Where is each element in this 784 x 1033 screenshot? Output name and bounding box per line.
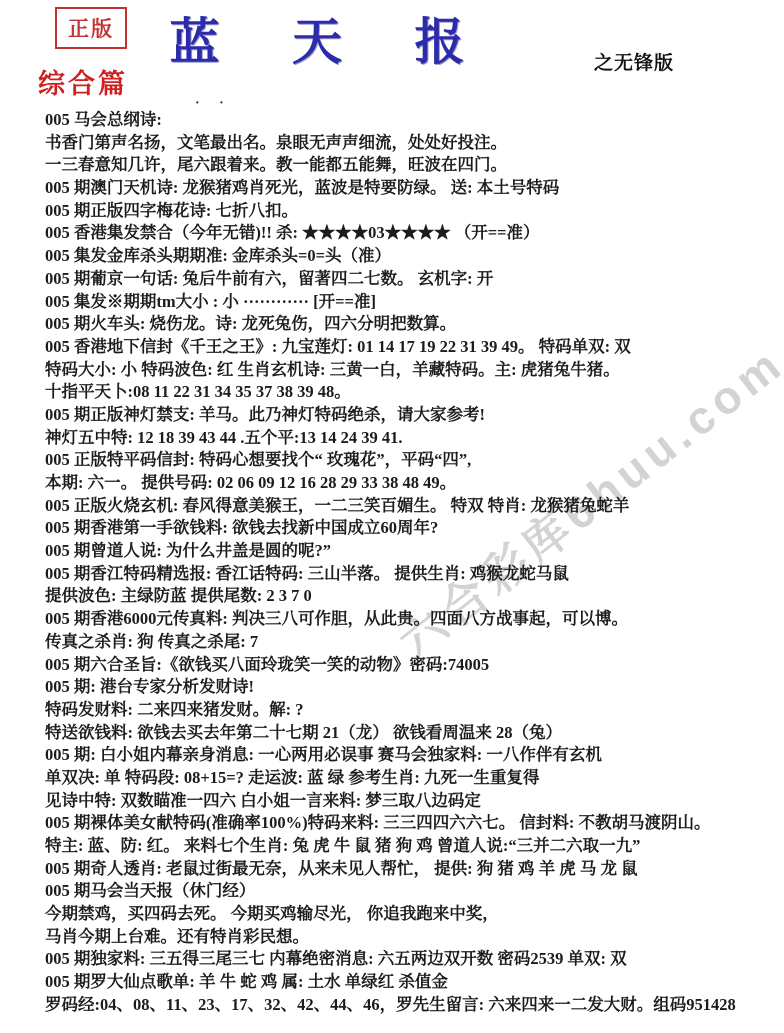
- report-line: 005 期马会当天报（休门经）: [45, 880, 774, 903]
- report-line: 单双决: 单 特码段: 08+15=? 走运波: 蓝 绿 参考生肖: 九死一生重…: [45, 767, 774, 790]
- report-line: 005 正版火烧玄机: 春风得意美猴王，一二三笑百媚生。 特双 特肖: 龙猴猪兔…: [45, 495, 774, 518]
- report-line: 005 期: 港台专家分析发财诗!: [45, 676, 774, 699]
- report-line: 特码大小: 小 特码波色: 红 生肖玄机诗: 三黄一白，羊藏特码。主: 虎猪兔牛…: [45, 359, 774, 382]
- section-label: 综合篇: [38, 62, 128, 101]
- report-line: 005 马会总纲诗:: [45, 109, 774, 132]
- report-line: 005 期六合圣旨:《欲钱买八面玲珑笑一笑的动物》密码:74005: [45, 654, 774, 677]
- report-line: 提供波色: 主绿防蓝 提供尾数: 2 3 7 0: [45, 585, 774, 608]
- report-line: 005 期曾道人说: 为什么井盖是圆的呢?”: [45, 540, 774, 563]
- report-line: 005 期香港6000元传真料: 判决三八可作胆，从此贵。四面八方战事起，可以博…: [45, 608, 774, 631]
- report-line: 马肖今期上台难。还有特肖彩民想。: [45, 926, 774, 949]
- report-line: 005 香港集发禁合（今年无错)!! 杀: ★★★★03★★★★ （开==准）: [45, 222, 774, 245]
- report-line: 005 期: 白小姐内幕亲身消息: 一心两用必误事 赛马会独家料: 一八作伴有玄…: [45, 744, 774, 767]
- report-page: 六合彩库6huu.com 正版 蓝 天 报 之无锋版 综合篇 · · 005 马…: [0, 0, 784, 1033]
- report-body: 005 马会总纲诗:书香门第声名扬，文笔最出名。泉眼无声声细流，处处好投注。一三…: [45, 109, 774, 1017]
- report-line: 005 正版特平码信封: 特码心想要找个“ 玫瑰花”，平码“四”,: [45, 449, 774, 472]
- report-line: 005 集发金库杀头期期准: 金库杀头=0=头（准）: [45, 245, 774, 268]
- report-line: 005 期正版神灯禁支: 羊马。此乃神灯特码绝杀，请大家参考!: [45, 404, 774, 427]
- report-line: 005 期火车头: 烧伤龙。诗: 龙死兔伤，四六分明把数算。: [45, 313, 774, 336]
- report-line: 十指平天卜:08 11 22 31 34 35 37 38 39 48。: [45, 381, 774, 404]
- report-line: 005 期香港第一手欲钱料: 欲钱去找新中国成立60周年?: [45, 517, 774, 540]
- report-line: 特码发财料: 二来四来猪发财。解: ?: [45, 699, 774, 722]
- report-line: 005 期裸体美女献特码(准确率100%)特码来料: 三三四四六六七。 信封料:…: [45, 812, 774, 835]
- report-line: 书香门第声名扬，文笔最出名。泉眼无声声细流，处处好投注。: [45, 132, 774, 155]
- report-line: 005 期罗大仙点歌单: 羊 牛 蛇 鸡 属: 土水 单绿红 杀值金: [45, 971, 774, 994]
- report-line: 本期: 六一。 提供号码: 02 06 09 12 16 28 29 33 38…: [45, 472, 774, 495]
- report-line: 见诗中特: 双数瞄准一四六 白小姐一言来料: 梦三取八边码定: [45, 790, 774, 813]
- report-line: 005 期葡京一句话: 兔后牛前有六，留著四二七数。 玄机字: 开: [45, 268, 774, 291]
- report-line: 罗码经:04、08、11、23、17、32、42、44、46，罗先生留言: 六来…: [45, 994, 774, 1017]
- report-line: 一三春意知几许，尾六跟着来。教一能都五能舞，旺波在四门。: [45, 154, 774, 177]
- report-line: 神灯五中特: 12 18 39 43 44 .五个平:13 14 24 39 4…: [45, 427, 774, 450]
- report-line: 传真之杀肖: 狗 传真之杀尾: 7: [45, 631, 774, 654]
- report-line: 005 期正版四字梅花诗: 七折八扣。: [45, 200, 774, 223]
- report-line: 005 期独家料: 三五得三尾三七 内幕绝密消息: 六五两边双开数 密码2539…: [45, 948, 774, 971]
- report-line: 005 期澳门天机诗: 龙猴猪鸡肖死光，蓝波是特要防绿。 送: 本土号特码: [45, 177, 774, 200]
- report-line: 005 集发※期期tm大小 : 小 ············ [开==准]: [45, 291, 774, 314]
- report-line: 005 期香江特码精选报: 香江话特码: 三山半落。 提供生肖: 鸡猴龙蛇马鼠: [45, 563, 774, 586]
- report-line: 今期禁鸡，买四码去死。 今期买鸡输尽光， 你追我跑来中奖，: [45, 903, 774, 926]
- report-line: 特送欲钱料: 欲钱去买去年第二十七期 21（龙） 欲钱看周温来 28（兔）: [45, 722, 774, 745]
- report-line: 特主: 蓝、防: 红。 来料七个生肖: 兔 虎 牛 鼠 猪 狗 鸡 曾道人说:“…: [45, 835, 774, 858]
- report-line: 005 期奇人透肖: 老鼠过街最无奈，从来未见人帮忙， 提供: 狗 猪 鸡 羊 …: [45, 858, 774, 881]
- edition-label: 之无锋版: [594, 48, 674, 75]
- report-line: 005 香港地下信封《千王之王》: 九宝莲灯: 01 14 17 19 22 3…: [45, 336, 774, 359]
